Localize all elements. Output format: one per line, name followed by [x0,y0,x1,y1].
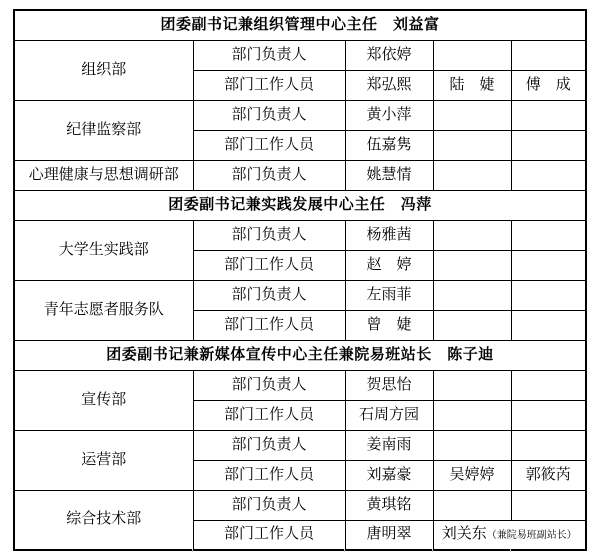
section-header-row: 团委副书记兼实践发展中心主任 冯萍 [14,190,586,220]
member-name-cell [511,130,586,160]
role-cell: 部门工作人员 [193,520,345,550]
role-cell: 部门负责人 [193,430,345,460]
member-name-cell [433,490,511,520]
section-header-cell: 团委副书记兼组织管理中心主任 刘益富 [14,10,586,40]
member-name-cell [433,280,511,310]
member-name-cell [511,250,586,280]
member-name-cell [511,40,586,70]
role-cell: 部门负责人 [193,280,345,310]
department-cell: 综合技术部 [14,490,193,550]
role-cell: 部门负责人 [193,160,345,190]
role-cell: 部门负责人 [193,490,345,520]
member-name-cell: 唐明翠 [345,520,433,550]
org-table-body: 团委副书记兼组织管理中心主任 刘益富组织部部门负责人郑依婷部门工作人员郑弘熙陆 … [14,10,586,550]
member-name-cell: 姚慧情 [345,160,433,190]
member-name-cell: 刘嘉豪 [345,460,433,490]
member-name-cell [511,280,586,310]
member-name-cell [433,310,511,340]
department-cell: 心理健康与思想调研部 [14,160,193,190]
member-name-cell [511,490,586,520]
table-row: 综合技术部部门负责人黄琪铭 [14,490,586,520]
table-row: 青年志愿者服务队部门负责人左雨菲 [14,280,586,310]
role-cell: 部门负责人 [193,220,345,250]
member-name-cell: 吴婷婷 [433,460,511,490]
role-cell: 部门工作人员 [193,400,345,430]
member-name-cell [433,430,511,460]
member-name-cell [433,100,511,130]
member-name-with-note-cell: 刘关东（兼院易班副站长） [433,520,586,550]
department-cell: 组织部 [14,40,193,100]
member-name-cell: 贺思怡 [345,370,433,400]
table-row: 纪律监察部部门负责人黄小萍 [14,100,586,130]
member-name-cell [511,400,586,430]
member-name-cell [511,370,586,400]
member-name-cell [433,130,511,160]
document-page: 团委副书记兼组织管理中心主任 刘益富组织部部门负责人郑依婷部门工作人员郑弘熙陆 … [0,0,598,552]
member-name-cell [433,400,511,430]
member-name-cell: 郭筱芮 [511,460,586,490]
member-name-cell: 曾 婕 [345,310,433,340]
member-note: （兼院易班副站长） [487,530,577,541]
member-name-cell [511,430,586,460]
section-header-cell: 团委副书记兼新媒体宣传中心主任兼院易班站长 陈子迪 [14,340,586,370]
member-name-cell: 杨雅茜 [345,220,433,250]
member-name-cell [433,160,511,190]
table-row: 宣传部部门负责人贺思怡 [14,370,586,400]
org-structure-table: 团委副书记兼组织管理中心主任 刘益富组织部部门负责人郑依婷部门工作人员郑弘熙陆 … [13,9,587,551]
role-cell: 部门工作人员 [193,310,345,340]
role-cell: 部门负责人 [193,40,345,70]
member-name-cell [511,310,586,340]
role-cell: 部门工作人员 [193,130,345,160]
member-name-cell [433,250,511,280]
section-header-row: 团委副书记兼新媒体宣传中心主任兼院易班站长 陈子迪 [14,340,586,370]
member-name-cell: 郑依婷 [345,40,433,70]
department-cell: 青年志愿者服务队 [14,280,193,340]
member-name-cell: 郑弘熙 [345,70,433,100]
member-name-cell [511,160,586,190]
role-cell: 部门工作人员 [193,250,345,280]
member-name-cell: 陆 婕 [433,70,511,100]
role-cell: 部门工作人员 [193,460,345,490]
department-cell: 纪律监察部 [14,100,193,160]
table-row: 组织部部门负责人郑依婷 [14,40,586,70]
member-name-cell: 伍嘉隽 [345,130,433,160]
member-name-cell [511,220,586,250]
section-header-row: 团委副书记兼组织管理中心主任 刘益富 [14,10,586,40]
member-name-cell [433,40,511,70]
member-name-cell: 黄琪铭 [345,490,433,520]
role-cell: 部门负责人 [193,370,345,400]
table-row: 运营部部门负责人姜南雨 [14,430,586,460]
member-name-cell: 赵 婷 [345,250,433,280]
member-name-cell [433,370,511,400]
member-name: 刘关东 [442,526,487,542]
department-cell: 运营部 [14,430,193,490]
member-name-cell: 石周方园 [345,400,433,430]
role-cell: 部门负责人 [193,100,345,130]
role-cell: 部门工作人员 [193,70,345,100]
member-name-cell: 傅 成 [511,70,586,100]
table-row: 心理健康与思想调研部部门负责人姚慧情 [14,160,586,190]
member-name-cell [433,220,511,250]
member-name-cell: 黄小萍 [345,100,433,130]
member-name-cell [511,100,586,130]
department-cell: 宣传部 [14,370,193,430]
department-cell: 大学生实践部 [14,220,193,280]
member-name-cell: 左雨菲 [345,280,433,310]
section-header-cell: 团委副书记兼实践发展中心主任 冯萍 [14,190,586,220]
member-name-cell: 姜南雨 [345,430,433,460]
table-row: 大学生实践部部门负责人杨雅茜 [14,220,586,250]
